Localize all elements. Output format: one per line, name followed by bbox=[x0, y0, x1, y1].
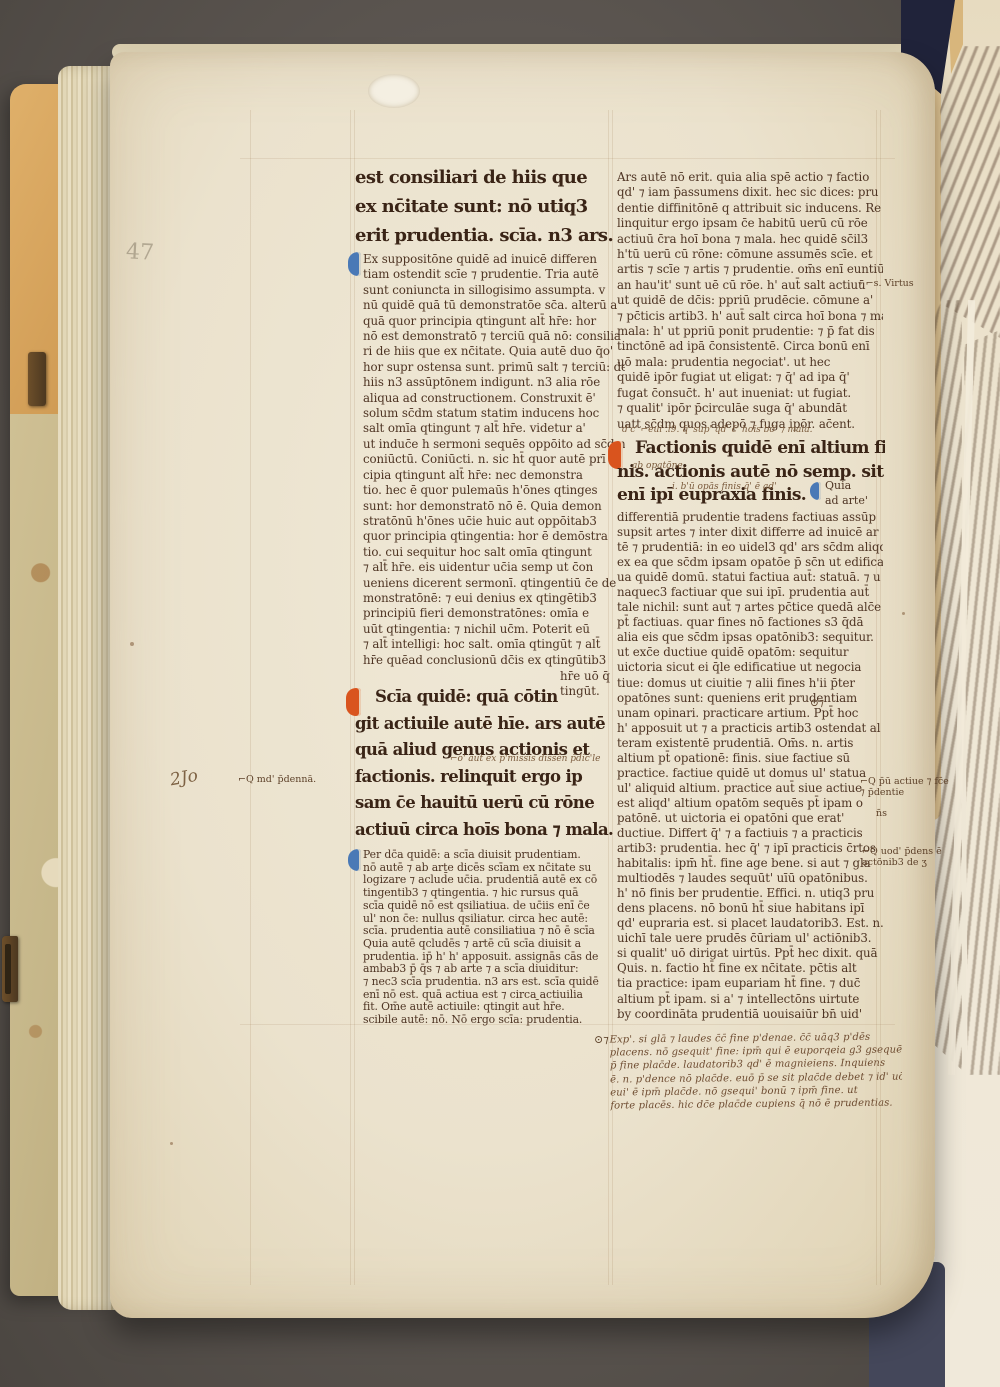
text-line: stratōnū h'ōnes uc̄ie huic aut oppōitab3 bbox=[363, 514, 625, 529]
commentary-start-word: ad arte' bbox=[825, 493, 868, 508]
text-line: nō est demonstratō ⁊ terciū quā nō: cons… bbox=[363, 329, 625, 344]
text-line: est aliqd' altium opatōm sequēs pt̄ ipam… bbox=[617, 796, 883, 811]
text-line: quidē ipōr fugiat ut eligat: ⁊ q̄' ad ip… bbox=[617, 370, 883, 385]
text-line: tē ⁊ prudentiā: in eo uidel3 qd' ars sc̄… bbox=[617, 540, 883, 555]
text-line: actiuū c̄ra hoī bona ⁊ mala. hec quidē s… bbox=[617, 232, 883, 247]
text-line: tinctōnē ad ipā c̄onsistentē. Circa bonū… bbox=[617, 339, 883, 354]
lemma-text-1: est consiliari de hiis queex nc̄itate su… bbox=[355, 163, 623, 251]
lemma-text-2: Scīa quidē: quā cōtingit actiuile autē h… bbox=[355, 684, 623, 844]
text-line: tio. cui sequitur hoc salt omīa qtingunt bbox=[363, 545, 625, 560]
text-line: h' apposuit ut ⁊ a practicis artib3 oste… bbox=[617, 721, 883, 736]
text-line: habitalis: ipm̄ ht̄. fine age bene. si a… bbox=[617, 856, 883, 871]
folio-number: 47 bbox=[125, 239, 154, 265]
text-line: si qualit' uō dirigat uirtūs. Ppt̄ hec d… bbox=[617, 946, 883, 961]
text-line: ri de hiis que ex nc̄itate. Quia autē du… bbox=[363, 344, 625, 359]
text-line: actōnib3 de ʒ bbox=[862, 857, 942, 868]
commentary-start-word: Quia bbox=[825, 478, 851, 493]
text-line: dentie diffinitōnē q attribuit sic induc… bbox=[617, 201, 883, 216]
interlinear-gloss: ⌐o' aut ex p'missis dissēn p̄dic'le bbox=[450, 754, 600, 764]
text-line: uictoria sicut ei q̄le edificatiue ut ne… bbox=[617, 660, 883, 675]
text-line: nū quidē quā tū demonstratōe sc̄a. alter… bbox=[363, 298, 625, 313]
text-line: qd' ⁊ iam p̄assumens dixit. hec sic dice… bbox=[617, 185, 883, 200]
text-line: altium pt̄ ipam. si a' ⁊ intellectōns ui… bbox=[617, 992, 883, 1007]
text-line: hor supr ostensa sunt. primū salt ⁊ terc… bbox=[363, 360, 625, 375]
text-line: ut quidē de dc̄is: ppriū prudēcie. cōmun… bbox=[617, 293, 883, 308]
text-line: Ex suppositōne quidē ad inuicē differen bbox=[363, 252, 625, 267]
text-line: Per dc̄a quidē: a scīa diuisit prudentia… bbox=[363, 849, 625, 862]
text-line: scīa quidē nō est qsiliatiua. de uc̄iis … bbox=[363, 900, 625, 913]
paraph-mark-blue bbox=[810, 482, 821, 500]
text-line: est consiliari de hiis que bbox=[355, 163, 623, 192]
text-line: erit prudentia. scīa. n3 ars. bbox=[355, 221, 623, 250]
text-line: ⁊ qualit' ipōr p̄circulāe suga q̄' abund… bbox=[617, 401, 883, 416]
text-line: alia eis que sc̄dm ipsas opatōnib3: sequ… bbox=[617, 630, 883, 645]
photograph-of-manuscript: 47 est consiliari de hiis queex nc̄itate… bbox=[0, 0, 1000, 1387]
text-line: sunt coniuncta in sillogisimo assumpta. … bbox=[363, 283, 625, 298]
text-line: ⁊ pc̄ticis artib3. h' aut̄ salt circa ho… bbox=[617, 309, 883, 324]
text-line: coniūctū. Coniūcti. n. sic ht̄ quor autē… bbox=[363, 452, 625, 467]
text-line: uūt qtingentia: ⁊ nichil uc̄m. Poterit e… bbox=[363, 622, 625, 637]
text-line: unam opinari. practicare artium. Ppt̄ ho… bbox=[617, 706, 883, 721]
margin-note-left: ⌐Q md' p̄dennā. bbox=[238, 774, 316, 785]
text-line: differentiā prudentie tradens factiuas a… bbox=[617, 510, 883, 525]
text-line: uichī tale uere prudēs c̄ūriam ul' actiō… bbox=[617, 931, 883, 946]
text-line: Quia autē qcludēs ⁊ artē cū scīa diuisit… bbox=[363, 938, 625, 951]
text-line: tiue: domus ut ciuitie ⁊ alii fines h'ii… bbox=[617, 676, 883, 691]
margin-note-right-low: ⌐Q uod' p̄dens ēactōnib3 de ʒ bbox=[862, 846, 942, 868]
text-line: uō mala: prudentia negociat'. ut hec bbox=[617, 355, 883, 370]
text-line: supsit artes ⁊ inter dixit differre ad i… bbox=[617, 525, 883, 540]
nota-flourish: 2Jo bbox=[168, 766, 199, 791]
ink-speck bbox=[170, 1142, 173, 1145]
text-line: Quis. n. factio ht̄ fine ex nc̄itate. pc… bbox=[617, 961, 883, 976]
text-line: by coordināta prudentiā uouisaiūr bn̄ ui… bbox=[617, 1007, 883, 1022]
text-line: artib3: prudentia. hec q̄' ⁊ ipī practic… bbox=[617, 841, 883, 856]
commentary-block-1: Ex suppositōne quidē ad inuicē different… bbox=[363, 252, 625, 670]
text-line: pt̄ factiuas. quar fines nō factiones s3… bbox=[617, 615, 883, 630]
text-line: factionis. relinquit ergo ip bbox=[355, 764, 623, 791]
text-line: cipia qtingunt alt̄ hr̄e: nec demonstra bbox=[363, 468, 625, 483]
text-line: ⁊ p̄dentie bbox=[860, 787, 949, 798]
text-line: ut induc̄e h sermoni sequēs oppōito ad s… bbox=[363, 437, 625, 452]
text-line: ⁊ nec3 scīa prudentia. n3 ars est. scīa … bbox=[363, 976, 625, 989]
text-line: qd' eupraria est. si placet laudatorib3.… bbox=[617, 916, 883, 931]
text-line: altium pt̄ opationē: finis. siue factiue… bbox=[617, 751, 883, 766]
text-line: monstratōnē: ⁊ eui denius ex qtingētib3 bbox=[363, 591, 625, 606]
text-line: Scīa quidē: quā cōtin bbox=[355, 684, 623, 711]
ruling-line bbox=[250, 110, 251, 1285]
text-line: multiodēs ⁊ laudes sequūt' uīū opatōnibu… bbox=[617, 871, 883, 886]
ink-speck bbox=[902, 612, 905, 615]
facing-pages-fore-edge bbox=[924, 0, 1000, 1387]
commentary-block-4: differentiā prudentie tradens factiuas a… bbox=[617, 510, 883, 1024]
text-line: ⁊ alt̄ intelligi: hoc salt. omīa qtingūt… bbox=[363, 637, 625, 652]
text-line: mala: h' ut ppriū ponit prudentie: ⁊ p̄ … bbox=[617, 324, 883, 339]
text-line: practice. factiue quidē ut domus ul' sta… bbox=[617, 766, 883, 781]
text-line: ex ea que sc̄dm ipsam opatōe p̄ sc̄n ut … bbox=[617, 555, 883, 570]
text-line: patōnē. ut uictoria ei opatōni que erat' bbox=[617, 811, 883, 826]
text-line: git actiuile autē hīe. ars autē bbox=[355, 711, 623, 738]
text-line: teram existentē prudentiā. Om̄s. n. arti… bbox=[617, 736, 883, 751]
book-clasp-upper bbox=[28, 352, 46, 406]
text-line: ⌐Q p̄ū actiue ⁊ fc̄e bbox=[860, 776, 949, 787]
text-line: opatōnes sunt: queniens erit prudentiam bbox=[617, 691, 883, 706]
paraph-mark-blue bbox=[348, 849, 361, 871]
text-line: salt omīa qtingunt ⁊ alt̄ hr̄e. videtur … bbox=[363, 421, 625, 436]
text-line: dens placens. nō bonū ht̄ siue habitans … bbox=[617, 901, 883, 916]
margin-note-right-mid: ⌐Q p̄ū actiue ⁊ fc̄e⁊ p̄dentie bbox=[860, 776, 949, 798]
margin-note-right-top: ∘ ⌐s. Virtus bbox=[858, 278, 914, 289]
ruling-line bbox=[240, 158, 895, 159]
paraph-mark-blue bbox=[348, 252, 361, 276]
commentary-block-3: Ars autē nō erit. quia alia spē actio ⁊ … bbox=[617, 170, 883, 433]
text-line: tingentib3 ⁊ qtingentia. ⁊ hic rursus qu… bbox=[363, 887, 625, 900]
ink-speck bbox=[130, 642, 134, 646]
parchment-flaw bbox=[368, 74, 420, 108]
text-line: fugat c̄onsuc̄t. h' aut inueniat: ut fug… bbox=[617, 386, 883, 401]
text-line: ua quidē domū. statui factiua aut̄: stat… bbox=[617, 570, 883, 585]
text-line: an hau'it' sunt uē cū rōe. h' aut̄ salt … bbox=[617, 278, 883, 293]
text-line: aliqua ad constructionem. Construxit ē' bbox=[363, 391, 625, 406]
text-line: quor principia qtingentia: hor ē demōstr… bbox=[363, 529, 625, 544]
commentary-block-2: Per dc̄a quidē: a scīa diuisit prudentia… bbox=[363, 849, 625, 1029]
text-line: ut exc̄e ductiue quidē opatōm: sequitur bbox=[617, 645, 883, 660]
text-line: actiuū circa hoīs bona ⁊ mala. bbox=[355, 817, 623, 844]
text-line: ⌐Q uod' p̄dens ē bbox=[862, 846, 942, 857]
text-line: tiam ostendit scīe ⁊ prudentie. Tria aut… bbox=[363, 267, 625, 282]
text-line: ueniens dicerent sermonī. qtingentiū c̄e… bbox=[363, 576, 625, 591]
text-line: tale nichil: sunt aut̄ ⁊ artes pc̄tice q… bbox=[617, 600, 883, 615]
text-line: Factionis quidē enī altium fi bbox=[617, 437, 885, 461]
interlinear-gloss: i. b'ū opās finis q̄' ē ad' bbox=[672, 482, 777, 492]
text-line: solum sc̄dm statum statim inducens hoc bbox=[363, 406, 625, 421]
text-line: h'tū uerū cū rōne: cōmune assumēs scīe. … bbox=[617, 247, 883, 262]
text-line: sam c̄e hauitū uerū cū rōne bbox=[355, 790, 623, 817]
text-line: ex nc̄itate sunt: nō utiq3 bbox=[355, 192, 623, 221]
gutter-mark: ⊙⁊ bbox=[810, 697, 824, 709]
text-line: artis ⁊ scīe ⁊ artis ⁊ prudentie. om̄s e… bbox=[617, 262, 883, 277]
book-clasp-lower bbox=[2, 936, 18, 1002]
annotation-marker: ⊙⁊ bbox=[594, 1033, 609, 1046]
manuscript-page: 47 est consiliari de hiis queex nc̄itate… bbox=[110, 52, 935, 1318]
text-line: ⁊ alt̄ hr̄e. eis uidentur uc̄ia semp ut … bbox=[363, 560, 625, 575]
text-line: quā quor principia qtingunt alt̄ hr̄e: h… bbox=[363, 314, 625, 329]
text-line: hr̄e quēad conclusionū dc̄is ex qtingūti… bbox=[363, 653, 625, 668]
interlinear-gloss: ab opatōne. bbox=[632, 461, 686, 471]
text-line: principiū fieri demonstratōnes: omīa e bbox=[363, 606, 625, 621]
text-line: tia practice: ipam eupariam ht̄ fine. ⁊ … bbox=[617, 976, 883, 991]
text-line: naquec3 factiuar que sui ipī. prudentia … bbox=[617, 585, 883, 600]
text-line: hiis n3 assūptōnem indigunt. n3 alia rōe bbox=[363, 375, 625, 390]
text-line: sunt: hor demonstratō nō ē. Quia demon bbox=[363, 499, 625, 514]
text-line: Ars autē nō erit. quia alia spē actio ⁊ … bbox=[617, 170, 883, 185]
text-line: forte placēs. hic dc̄e plac̄de cupiens q… bbox=[610, 1096, 902, 1112]
text-line: tio. hec ē quor pulemaūs h'ōnes qtinges bbox=[363, 483, 625, 498]
text-line: linquitur ergo ipsam c̄e habitū uerū cū … bbox=[617, 216, 883, 231]
text-line: ductiue. Differt q̄' ⁊ a factiuis ⁊ a pr… bbox=[617, 826, 883, 841]
curled-page-text-top bbox=[940, 46, 1000, 338]
text-line: ul' aliquid altium. practice aut̄ siue a… bbox=[617, 781, 883, 796]
text-line: h' nō finis ber prudentie. Effici. n. ut… bbox=[617, 886, 883, 901]
margin-squiggle: n̄s bbox=[876, 808, 887, 819]
interlinear-gloss: d'c' ⌐eui .l9. q̄' sup' q̄d' c̄' hoīs bō… bbox=[622, 425, 812, 435]
text-line: scibile autē: nō. Nō ergo scīa: prudenti… bbox=[363, 1014, 625, 1027]
bottom-annotation: Exp'. si glā ⁊ laudes c̄c̄ fine p'denae.… bbox=[610, 1030, 903, 1115]
